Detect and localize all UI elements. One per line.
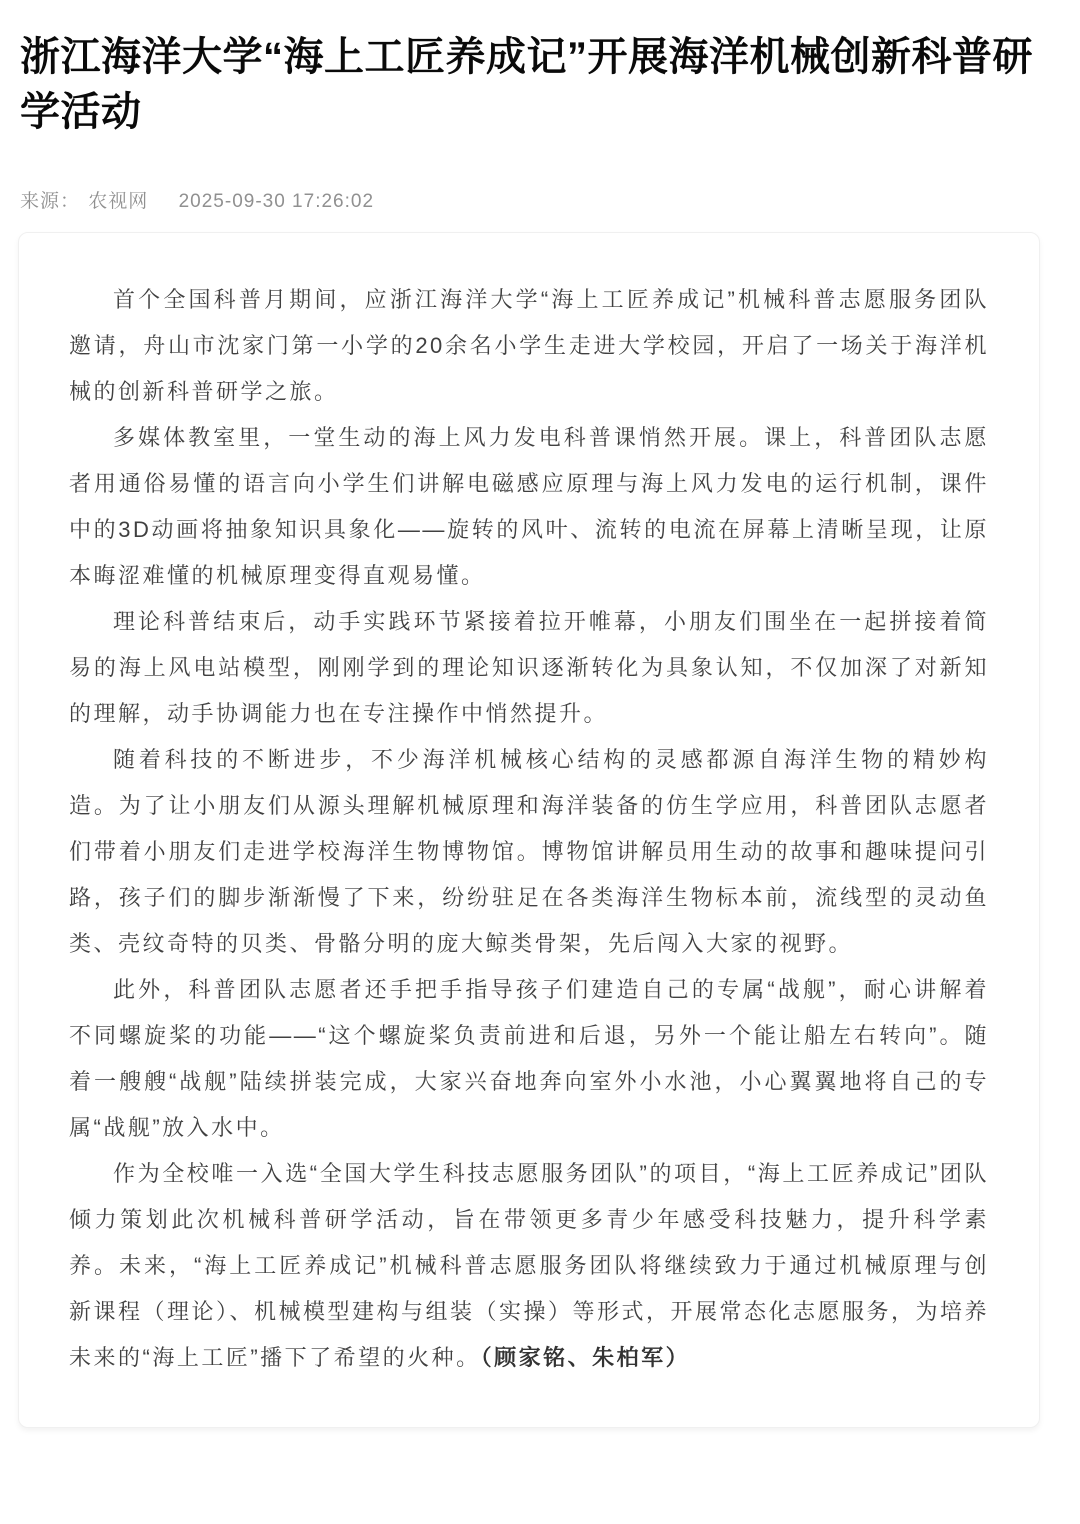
- article-paragraph: 此外，科普团队志愿者还手把手指导孩子们建造自己的专属“战舰”，耐心讲解着不同螺旋…: [69, 967, 989, 1151]
- article-paragraph: 多媒体教室里，一堂生动的海上风力发电科普课悄然开展。课上，科普团队志愿者用通俗易…: [69, 415, 989, 599]
- article-paragraph: 作为全校唯一入选“全国大学生科技志愿服务团队”的项目，“海上工匠养成记”团队倾力…: [69, 1151, 989, 1381]
- source-label: 来源：: [20, 191, 80, 212]
- page-title: 浙江海洋大学“海上工匠养成记”开展海洋机械创新科普研学活动: [20, 30, 1042, 140]
- article-meta-row: 来源： 农视网 2025-09-30 17:26:02: [20, 186, 374, 213]
- article-paragraph: 首个全国科普月期间，应浙江海洋大学“海上工匠养成记”机械科普志愿服务团队邀请，舟…: [69, 277, 989, 415]
- article-byline: （顾家铭、朱柏军）: [481, 1345, 691, 1370]
- article-timestamp: 2025-09-30 17:26:02: [179, 191, 374, 212]
- article-page: 浙江海洋大学“海上工匠养成记”开展海洋机械创新科普研学活动 来源： 农视网 20…: [0, 0, 1080, 1524]
- article-paragraph: 理论科普结束后，动手实践环节紧接着拉开帷幕，小朋友们围坐在一起拼接着简易的海上风…: [69, 599, 989, 737]
- article-body-card: 首个全国科普月期间，应浙江海洋大学“海上工匠养成记”机械科普志愿服务团队邀请，舟…: [18, 232, 1040, 1428]
- source-name: 农视网: [88, 191, 148, 212]
- paragraph-text: 作为全校唯一入选“全国大学生科技志愿服务团队”的项目，“海上工匠养成记”团队倾力…: [69, 1161, 989, 1370]
- article-paragraph: 随着科技的不断进步，不少海洋机械核心结构的灵感都源自海洋生物的精妙构造。为了让小…: [69, 737, 989, 967]
